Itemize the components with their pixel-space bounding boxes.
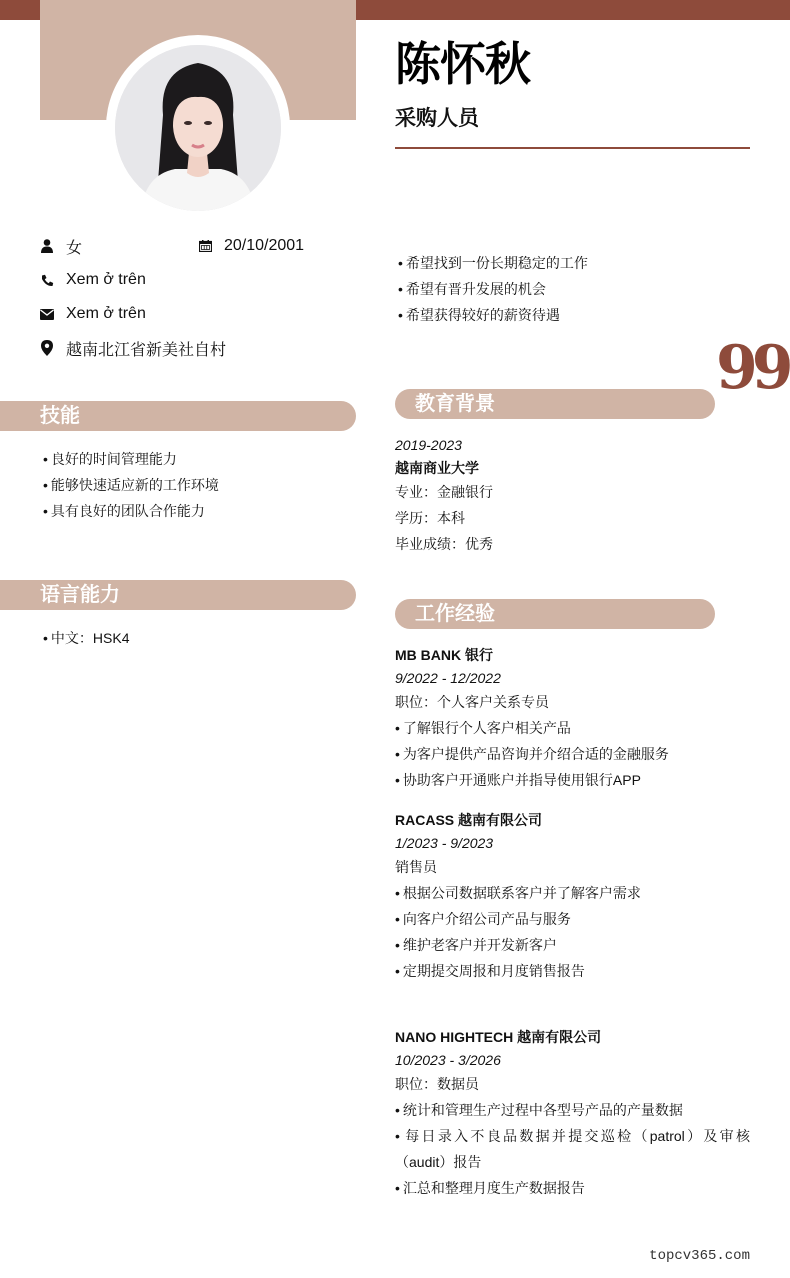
job-bullet: 根据公司数据联系客户并了解客户需求 xyxy=(395,880,750,906)
gender-value: 女 xyxy=(66,235,82,258)
objective-item: 希望获得较好的薪资待遇 xyxy=(398,302,588,328)
career-objective-list: 希望找到一份长期稳定的工作 希望有晋升发展的机会 希望获得较好的薪资待遇 xyxy=(398,250,588,328)
info-birthdate: 20/10/2001 xyxy=(198,234,304,258)
job-position: 职位：个人客户关系专员 xyxy=(395,689,750,715)
skill-item: 能够快速适应新的工作环境 xyxy=(43,472,219,498)
job-date: 10/2023 - 3/2026 xyxy=(395,1049,750,1071)
info-address: 越南北江省新美社自村 xyxy=(40,336,226,360)
education-section-header: 教育背景 xyxy=(395,389,715,419)
job-bullet: 向客户介绍公司产品与服务 xyxy=(395,906,750,932)
job-date: 9/2022 - 12/2022 xyxy=(395,667,750,689)
skills-section-header: 技能 xyxy=(0,401,356,431)
job-bullet: 为客户提供产品咨询并介绍合适的金融服务 xyxy=(395,741,750,767)
role-divider xyxy=(395,147,750,149)
info-email: Xem ở trên xyxy=(40,302,146,326)
skills-list: 良好的时间管理能力 能够快速适应新的工作环境 具有良好的团队合作能力 xyxy=(43,446,219,524)
education-title: 教育背景 xyxy=(415,390,495,418)
envelope-icon xyxy=(40,306,54,322)
job-entry: MB BANK 银行 9/2022 - 12/2022 职位：个人客户关系专员 … xyxy=(395,643,750,793)
languages-list: 中文：HSK4 xyxy=(43,625,129,651)
job-entry: RACASS 越南有限公司 1/2023 - 9/2023 销售员 根据公司数据… xyxy=(395,808,750,984)
education-major: 专业：金融银行 xyxy=(395,479,493,505)
phone-value[interactable]: Xem ở trên xyxy=(66,271,146,289)
education-grade: 毕业成绩：优秀 xyxy=(395,531,493,557)
job-entry: NANO HIGHTECH 越南有限公司 10/2023 - 3/2026 职位… xyxy=(395,1025,750,1201)
skill-item: 具有良好的团队合作能力 xyxy=(43,498,219,524)
birthdate-value: 20/10/2001 xyxy=(224,237,304,255)
language-item: 中文：HSK4 xyxy=(43,625,129,651)
user-icon xyxy=(40,238,54,254)
job-bullet: 每日录入不良品数据并提交巡检（patrol）及审核（audit）报告 xyxy=(395,1123,750,1175)
info-gender: 女 xyxy=(40,234,82,258)
candidate-role: 采购人员 xyxy=(395,105,479,133)
education-degree: 学历：本科 xyxy=(395,505,493,531)
job-company: MB BANK 银行 xyxy=(395,643,750,667)
avatar xyxy=(115,45,281,211)
job-bullet: 协助客户开通账户并指导使用银行APP xyxy=(395,767,750,793)
job-bullet: 了解银行个人客户相关产品 xyxy=(395,715,750,741)
job-position: 销售员 xyxy=(395,854,750,880)
job-company: RACASS 越南有限公司 xyxy=(395,808,750,832)
watermark: topcv365.com xyxy=(649,1248,750,1264)
calendar-icon xyxy=(198,238,212,254)
job-position: 职位：数据员 xyxy=(395,1071,750,1097)
job-bullet: 定期提交周报和月度销售报告 xyxy=(395,958,750,984)
job-company: NANO HIGHTECH 越南有限公司 xyxy=(395,1025,750,1049)
profile-photo xyxy=(115,45,281,211)
objective-item: 希望有晋升发展的机会 xyxy=(398,276,588,302)
experience-title: 工作经验 xyxy=(415,600,495,628)
job-bullet: 统计和管理生产过程中各型号产品的产量数据 xyxy=(395,1097,750,1123)
job-date: 1/2023 - 9/2023 xyxy=(395,832,750,854)
phone-icon xyxy=(40,272,54,288)
skills-title: 技能 xyxy=(40,402,80,430)
address-value: 越南北江省新美社自村 xyxy=(66,337,226,360)
languages-title: 语言能力 xyxy=(40,581,120,609)
education-entry: 2019-2023 越南商业大学 专业：金融银行 学历：本科 毕业成绩：优秀 xyxy=(395,433,493,557)
info-phone: Xem ở trên xyxy=(40,268,146,292)
education-school: 越南商业大学 xyxy=(395,457,493,479)
languages-section-header: 语言能力 xyxy=(0,580,356,610)
quote-mark-icon: 99 xyxy=(716,338,788,398)
job-bullet: 汇总和整理月度生产数据报告 xyxy=(395,1175,750,1201)
experience-section-header: 工作经验 xyxy=(395,599,715,629)
education-date: 2019-2023 xyxy=(395,433,493,457)
skill-item: 良好的时间管理能力 xyxy=(43,446,219,472)
candidate-name: 陈怀秋 xyxy=(395,36,530,92)
job-bullet: 维护老客户并开发新客户 xyxy=(395,932,750,958)
map-pin-icon xyxy=(40,340,54,356)
objective-item: 希望找到一份长期稳定的工作 xyxy=(398,250,588,276)
email-value[interactable]: Xem ở trên xyxy=(66,305,146,323)
